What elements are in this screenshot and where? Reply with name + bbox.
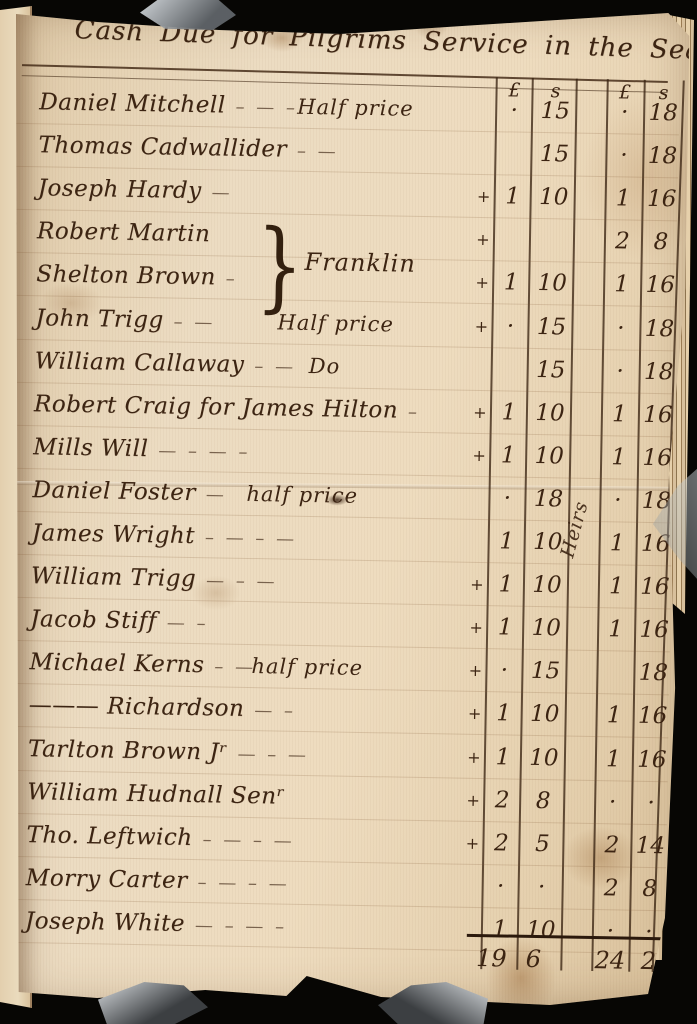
dash-filler: – [226, 269, 238, 290]
debtor-name: Thomas Cadwallider [38, 132, 287, 162]
amount-pounds-1: 1 [491, 434, 526, 478]
amount-pounds-1: 2 [485, 779, 520, 823]
amount-pounds-2: 1 [602, 393, 638, 437]
amount-shillings-2: 16 [636, 609, 673, 653]
debtor-name: Michael Kerns [29, 649, 204, 678]
cross-mark: + [465, 735, 484, 778]
amount-pounds-1: 2 [484, 822, 519, 866]
debtor-name: John Trigg [35, 305, 164, 333]
dash-filler: – — – [235, 97, 298, 119]
amount-pounds-1: 1 [489, 520, 524, 564]
dash-filler: – — – — [205, 527, 298, 550]
debtor-name: Daniel Mitchell [39, 89, 226, 118]
debtor-name: Mills Will [33, 434, 148, 462]
amount-pounds-1: · [493, 305, 528, 349]
brace-note: Franklin [304, 248, 416, 278]
amount-pounds-2: 2 [593, 867, 629, 911]
amount-pounds-1: · [487, 649, 522, 693]
debtor-name: Tho. Leftwich [26, 822, 193, 851]
cross-mark: + [471, 391, 490, 434]
cross-mark: + [468, 563, 487, 606]
amount-shillings-2: 18 [644, 135, 681, 179]
amount-shillings-2: 14 [632, 824, 669, 868]
debtor-name: William Callaway [35, 348, 245, 378]
amount-shillings-2: 8 [631, 868, 668, 912]
amount-pounds-1: 1 [494, 262, 529, 306]
debtor-name: ——— Richardson [29, 693, 245, 723]
cross-mark: + [470, 434, 489, 477]
brace-mark: } [255, 209, 304, 324]
dash-filler: – — [173, 311, 215, 333]
total-pounds-2: 24 [592, 938, 628, 983]
cross-mark: + [474, 218, 493, 261]
dash-filler: — – [167, 613, 209, 635]
amount-pounds-1: 1 [486, 736, 521, 780]
amount-shillings-1: 15 [531, 348, 570, 392]
glass-weight-top [140, 0, 236, 30]
amount-pounds-2: 1 [601, 436, 637, 480]
amount-shillings-1: 10 [533, 262, 572, 306]
amount-shillings-1: 10 [530, 435, 569, 479]
amount-shillings-1: 15 [526, 650, 565, 694]
debtor-name: Morry Carter [26, 865, 188, 894]
amount-pounds-2: 1 [598, 608, 634, 652]
amount-shillings-1: 15 [532, 305, 571, 349]
price-note: Do [308, 345, 340, 389]
amount-pounds-1 [497, 132, 531, 133]
amount-pounds-1: · [483, 865, 518, 909]
debtor-name: William Trigg [31, 563, 197, 592]
amount-shillings-2: 18 [635, 652, 672, 696]
amount-pounds-2: 1 [599, 522, 635, 566]
amount-pounds-2: 2 [594, 824, 630, 868]
price-note: half price [246, 473, 358, 518]
amount-shillings-1: 10 [531, 392, 570, 436]
amount-shillings-2: 16 [643, 178, 680, 222]
amount-pounds-2: 1 [599, 565, 635, 609]
amount-shillings-1 [534, 219, 572, 220]
amount-pounds-2: · [603, 307, 639, 351]
amount-shillings-1: 18 [529, 478, 568, 522]
amount-shillings-2: 16 [642, 264, 679, 308]
amount-pounds-1: 1 [488, 606, 523, 650]
cross-mark: + [465, 692, 484, 735]
debtor-name: Shelton Brown [36, 262, 216, 291]
cross-mark: + [466, 649, 485, 692]
amount-shillings-2: 16 [640, 393, 677, 437]
amount-pounds-2: 1 [596, 694, 632, 738]
amount-shillings-2: 18 [640, 350, 677, 394]
dash-filler: — [211, 182, 232, 203]
amount-shillings-1: 10 [527, 607, 566, 651]
amount-pounds-1: 1 [492, 391, 527, 435]
ledger-content: Cash Due for Pilgrims Service in the Sea… [0, 0, 693, 1008]
amount-shillings-1: · [522, 866, 561, 910]
price-note: half price [251, 645, 363, 690]
amount-shillings-2: 18 [645, 92, 682, 136]
dash-filler: — [206, 484, 227, 505]
dash-filler: — – — [206, 570, 278, 592]
amount-pounds-2: 1 [604, 264, 640, 308]
amount-pounds-1: 1 [486, 693, 521, 737]
amount-shillings-2: · [633, 781, 670, 825]
ledger-page: Cash Due for Pilgrims Service in the Sea… [16, 8, 692, 1008]
dash-filler: – [408, 401, 420, 422]
dash-filler: — – — – [158, 440, 251, 463]
total-shillings-1: 6 [514, 937, 553, 982]
amount-shillings-2: 8 [643, 221, 680, 265]
debtor-name: Joseph Hardy [38, 175, 202, 204]
dash-filler: — – — [237, 743, 309, 765]
cross-mark: + [467, 606, 486, 649]
debtor-name: Tarlton Brown Jʳ [28, 736, 228, 765]
amount-shillings-1: 10 [528, 564, 567, 608]
dash-filler: – — [297, 141, 339, 163]
debtor-name: James Wright [32, 520, 196, 549]
amount-pounds-1: 1 [495, 175, 530, 219]
cross-mark: + [472, 304, 491, 347]
amount-shillings-1: 10 [525, 736, 564, 780]
amount-pounds-2: · [595, 781, 631, 825]
dash-filler: – — [214, 657, 256, 679]
amount-pounds-1 [493, 348, 527, 349]
amount-pounds-1: 1 [489, 563, 524, 607]
cross-mark: + [473, 261, 492, 304]
debtor-name: Daniel Foster [32, 477, 196, 506]
amount-pounds-2: · [606, 134, 642, 178]
dash-filler: – — – — [197, 872, 290, 895]
amount-shillings-1: 10 [534, 176, 573, 220]
price-note: Half price [297, 86, 414, 131]
debtor-name: Robert Martin [37, 219, 211, 248]
amount-shillings-1: 15 [536, 90, 575, 134]
amount-pounds-2 [598, 651, 633, 652]
debtor-name: Robert Craig for James Hilton [34, 391, 398, 423]
amount-shillings-1: 15 [535, 133, 574, 177]
amount-pounds-2: 2 [605, 220, 641, 264]
amount-shillings-2: 16 [637, 566, 674, 610]
amount-shillings-2: 16 [634, 738, 671, 782]
amount-pounds-2: · [602, 350, 638, 394]
debtor-name: William Hudnall Senʳ [27, 779, 285, 809]
amount-shillings-1: 10 [525, 693, 564, 737]
debtor-name: Jacob Stiff [30, 606, 157, 634]
amount-shillings-1: 8 [524, 779, 563, 823]
cross-mark: + [464, 778, 483, 821]
amount-pounds-1: · [497, 89, 532, 133]
amount-pounds-2: 1 [605, 177, 641, 221]
photograph-background: – 9 9 3 Cash Due for Pilgrims Service in… [0, 0, 697, 1024]
amount-pounds-2: · [607, 91, 643, 135]
amount-shillings-2: 18 [641, 307, 678, 351]
amount-pounds-2: · [600, 479, 636, 523]
cross-mark: + [463, 821, 482, 864]
cross-mark: + [474, 175, 493, 218]
amount-pounds-1 [495, 219, 529, 220]
amount-pounds-1: · [490, 477, 525, 521]
amount-shillings-2: 16 [634, 695, 671, 739]
amount-shillings-1: 5 [523, 822, 562, 866]
amount-pounds-2: 1 [596, 738, 632, 782]
dash-filler: – — [254, 356, 296, 378]
dash-filler: – — – — [202, 829, 295, 852]
total-pounds-1: 19 [474, 936, 509, 981]
dash-filler: — – [254, 700, 296, 722]
